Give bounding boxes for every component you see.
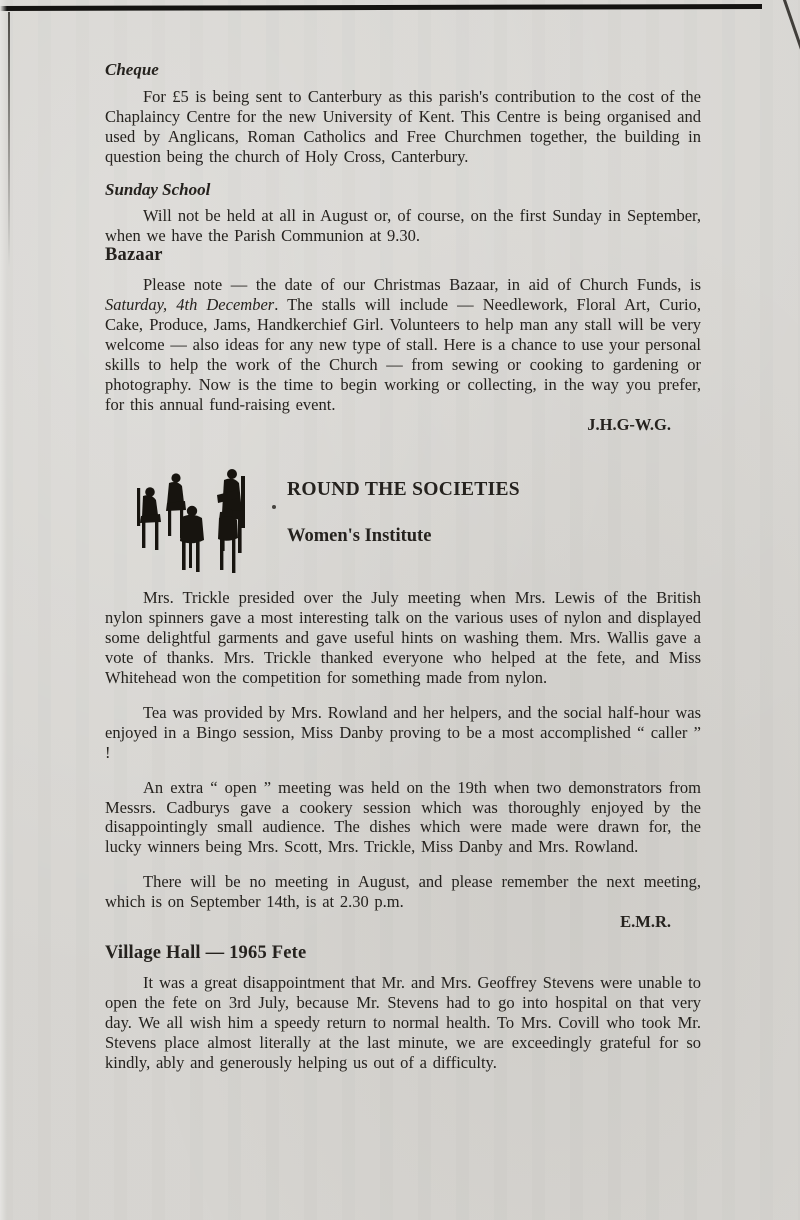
scan-edge-left-line: [8, 12, 10, 267]
societies-headings: ROUND THE SOCIETIES Women's Institute: [287, 467, 520, 547]
wi-paragraph-4: There will be no meeting in August, and …: [105, 872, 701, 912]
village-hall-paragraph: It was a great disappointment that Mr. a…: [105, 973, 701, 1073]
section-title-village-hall: Village Hall — 1965 Fete: [105, 944, 701, 964]
societies-header-block: ROUND THE SOCIETIES Women's Institute: [129, 467, 701, 578]
section-title-womens-institute: Women's Institute: [287, 527, 520, 547]
section-title-bazaar: Bazaar: [105, 246, 701, 266]
bazaar-date-italic: Saturday, 4th December: [105, 295, 274, 314]
section-title-round-the-societies: ROUND THE SOCIETIES: [287, 480, 520, 500]
section-title-sunday-school: Sunday School: [105, 180, 701, 200]
wi-paragraph-1: Mrs. Trickle presided over the July meet…: [105, 588, 701, 688]
bazaar-paragraph: Please note — the date of our Christmas …: [105, 275, 701, 414]
seated-meeting-illustration: [129, 467, 262, 578]
sunday-school-paragraph: Will not be held at all in August or, of…: [105, 206, 701, 246]
section-title-cheque: Cheque: [105, 60, 701, 80]
page-left-edge: [0, 0, 7, 1220]
wi-signature: E.M.R.: [105, 912, 701, 932]
scan-edge-corner-line: [781, 0, 800, 82]
cheque-paragraph: For £5 is being sent to Canterbury as th…: [105, 87, 701, 167]
bazaar-signature: J.H.G-W.G.: [105, 415, 701, 435]
wi-paragraph-3: An extra “ open ” meeting was held on th…: [105, 778, 701, 858]
page-content: Cheque For £5 is being sent to Canterbur…: [105, 60, 701, 1072]
bazaar-text-pre: Please note — the date of our Christmas …: [143, 275, 701, 294]
scan-edge-top-bar: [0, 4, 762, 11]
wi-paragraph-2: Tea was provided by Mrs. Rowland and her…: [105, 703, 701, 763]
